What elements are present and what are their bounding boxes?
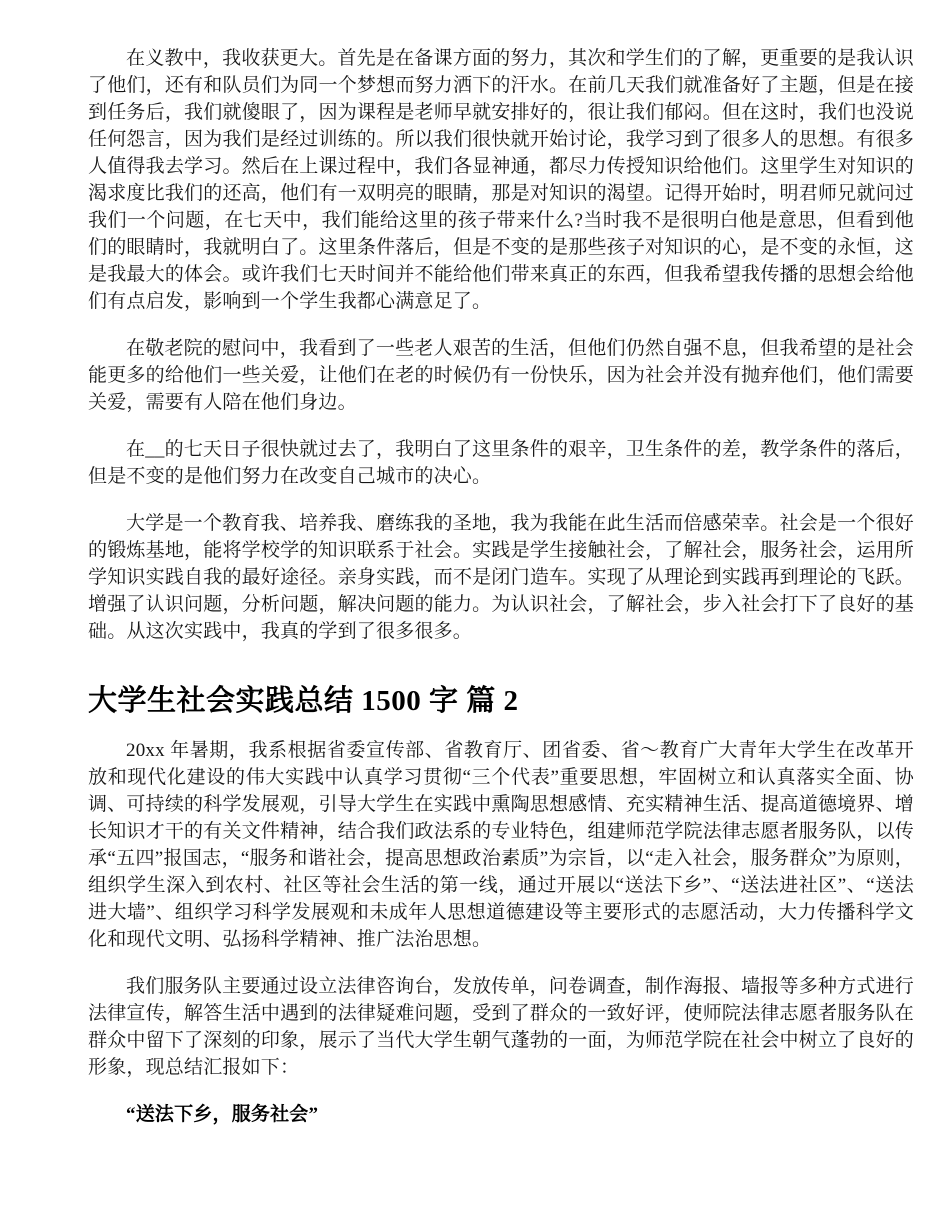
paragraph-summer-intro: 20xx 年暑期，我系根据省委宣传部、省教育厅、团省委、省～教育广大青年大学生在… (88, 737, 914, 953)
subheading-songfa-xiaxiang: “送法下乡，服务社会” (88, 1101, 914, 1128)
paragraph-service-team: 我们服务队主要通过设立法律咨询台，发放传单，问卷调查，制作海报、墙报等多种方式进… (88, 973, 914, 1081)
paragraph-nursing-home: 在敬老院的慰问中，我看到了一些老人艰苦的生活，但他们仍然自强不息，但我希望的是社… (88, 335, 914, 416)
paragraph-volunteer-teaching: 在义教中，我收获更大。首先是在备课方面的努力，其次和学生们的了解，更重要的是我认… (88, 45, 914, 315)
paragraph-seven-days: 在__的七天日子很快就过去了，我明白了这里条件的艰辛，卫生条件的差，教学条件的落… (88, 436, 914, 490)
section-heading-part2: 大学生社会实践总结 1500 字 篇 2 (88, 683, 914, 719)
paragraph-university-reflection: 大学是一个教育我、培养我、磨练我的圣地，我为我能在此生活而倍感荣幸。社会是一个很… (88, 510, 914, 645)
document-page: 在义教中，我收获更大。首先是在备课方面的努力，其次和学生们的了解，更重要的是我认… (0, 0, 950, 1230)
